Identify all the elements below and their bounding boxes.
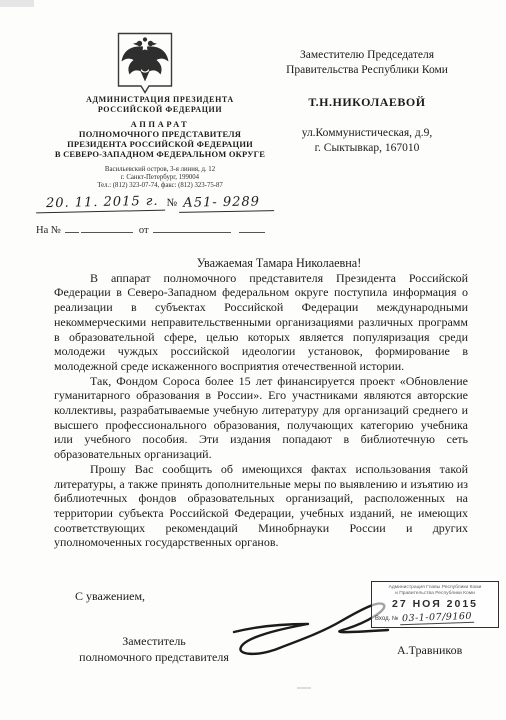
- number-sign: №: [167, 197, 178, 209]
- recipient-block: Заместителю Председателя Правительства Р…: [253, 48, 481, 156]
- letterhead-dept-line4: В СЕВЕРО-ЗАПАДНОМ ФЕДЕРАЛЬНОМ ОКРУГЕ: [38, 149, 282, 159]
- letterhead-org-line1: АДМИНИСТРАЦИЯ ПРЕЗИДЕНТА: [38, 95, 282, 105]
- letterhead-address: Васильевский остров, 3-я линия, д. 12 г.…: [38, 166, 282, 190]
- stamp-incoming-number: 03-1-07/9160: [400, 611, 474, 626]
- stamp-incoming-number-row: Вход. № 03-1-07/9160: [375, 612, 495, 624]
- reply-na-label: На №: [36, 225, 61, 236]
- letterhead-dept-line1: АППАРАТ: [38, 119, 282, 129]
- stamp-incoming-label: Вход. №: [375, 616, 398, 622]
- scan-artifact: [0, 0, 34, 7]
- stamp-org-line1: Администрация Главы Республики Коми: [386, 585, 484, 590]
- signer-title: Заместитель полномочного представителя: [55, 634, 253, 665]
- reply-ot-label: от: [139, 225, 149, 236]
- body-paragraph-2: Так, Фондом Сороса более 15 лет финансир…: [54, 374, 468, 462]
- scanned-letter-page: АДМИНИСТРАЦИЯ ПРЕЗИДЕНТА РОССИЙСКОЙ ФЕДЕ…: [0, 0, 506, 720]
- letterhead-dept-line2: ПОЛНОМОЧНОГО ПРЕДСТАВИТЕЛЯ: [38, 129, 282, 139]
- closing-phrase: С уважением,: [75, 589, 145, 604]
- letterhead-dept-line3: ПРЕЗИДЕНТА РОССИЙСКОЙ ФЕДЕРАЦИИ: [38, 139, 282, 149]
- blank-line: [239, 223, 265, 233]
- stamp-org-text: Администрация Главы Республики Коми и Пр…: [375, 584, 495, 596]
- handwritten-outgoing-number: А51- 9289: [179, 194, 274, 213]
- stamp-org-line2: и Правительства Республики Коми: [386, 591, 484, 596]
- letterhead: АДМИНИСТРАЦИЯ ПРЕЗИДЕНТА РОССИЙСКОЙ ФЕДЕ…: [38, 95, 282, 190]
- reply-reference-line: На №от: [36, 223, 265, 236]
- body-paragraph-3: Прошу Вас сообщить об имеющихся фактах и…: [54, 462, 468, 550]
- blank-line: [65, 223, 79, 233]
- stamp-date: 27 НОЯ 2015: [375, 598, 495, 610]
- letterhead-address-line1: Васильевский остров, 3-я линия, д. 12: [38, 166, 282, 174]
- letter-body: Уважаемая Тамара Николаевна! В аппарат п…: [54, 256, 468, 550]
- blank-line: [153, 223, 231, 233]
- scan-artifact: [297, 687, 311, 689]
- recipient-name: Т.Н.НИКОЛАЕВОЙ: [253, 95, 481, 110]
- handwritten-date: 20. 11. 2015 г.: [36, 194, 165, 214]
- letterhead-org-line2: РОССИЙСКОЙ ФЕДЕРАЦИИ: [38, 105, 282, 115]
- salutation: Уважаемая Тамара Николаевна!: [54, 256, 468, 271]
- blank-line: [81, 223, 133, 233]
- signer-name: А.Травников: [397, 643, 462, 658]
- outgoing-reference-line: 20. 11. 2015 г.№А51- 9289: [36, 194, 276, 212]
- signer-title-line2: полномочного представителя: [55, 650, 253, 666]
- letterhead-address-line3: Тел.: (812) 323-07-74, факс: (812) 323-7…: [38, 182, 282, 190]
- recipient-address: ул.Коммунистическая, д.9, г. Сыктывкар, …: [253, 126, 481, 156]
- recipient-position-line2: Правительства Республики Коми: [253, 63, 481, 78]
- recipient-address-line1: ул.Коммунистическая, д.9,: [253, 126, 481, 141]
- recipient-address-line2: г. Сыктывкар, 167010: [253, 141, 481, 156]
- coat-of-arms-icon: [116, 31, 174, 104]
- body-paragraph-1: В аппарат полномочного представителя Пре…: [54, 271, 468, 374]
- letterhead-address-line2: г. Санкт-Петербург, 199004: [38, 174, 282, 182]
- signer-title-line1: Заместитель: [55, 634, 253, 650]
- incoming-registration-stamp: Администрация Главы Республики Коми и Пр…: [371, 581, 499, 628]
- recipient-position-line1: Заместителю Председателя: [253, 48, 481, 63]
